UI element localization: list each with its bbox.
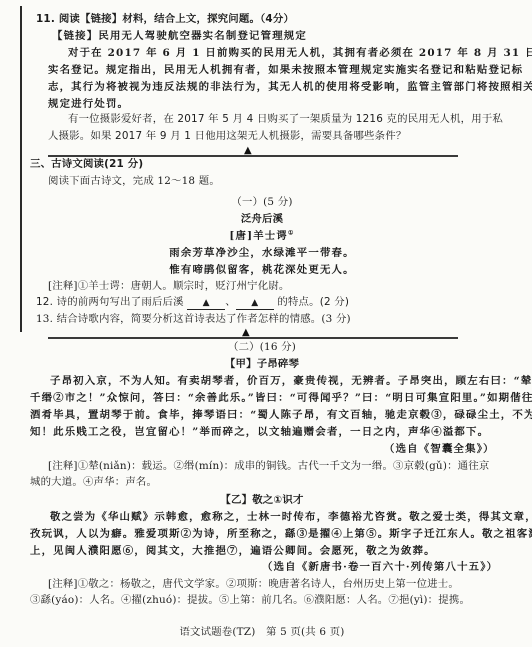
yi-line: 孜玩讽，人以为癖。雅爱项斯②为诗，所至称之，繇③是擢④上第⑤。斯字子迁江东人。敬… bbox=[30, 528, 532, 541]
footnote-mark: ① bbox=[288, 230, 295, 237]
jia-note: 城的大道。④声华：声名。 bbox=[30, 476, 157, 489]
answer-triangle-icon: ▲ bbox=[203, 298, 210, 308]
jia-line: 酒肴毕具，置胡琴于前。食毕，捧琴语曰：“蜀人陈子昂，有文百轴，驰走京毂③，碌碌尘… bbox=[30, 409, 532, 422]
yi-line: 敬之尝为《华山赋》示韩愈，愈称之，士林一时传布，李德裕尤咨赏。敬之爱士类，得其文… bbox=[50, 511, 532, 524]
answer-blank-1[interactable]: ▲ bbox=[187, 298, 225, 310]
exam-page: 11. 阅读【链接】材料，结合上文，探究问题。（4分） 【链接】民用无人驾驶航空… bbox=[0, 0, 532, 647]
yi-source: （选自《新唐书·卷一百六十·列传第八十五》） bbox=[262, 561, 498, 574]
q12-suffix: 的特点。(2 分) bbox=[277, 296, 349, 308]
poem-author: [唐]羊士谔① bbox=[0, 230, 528, 243]
jia-line: 子昂初入京，不为人知。有卖胡琴者，价百万，豪贵传视，无辨者。子昂突出，顾左右曰：… bbox=[50, 375, 532, 388]
section-intro: 阅读下面古诗文，完成 12～18 题。 bbox=[48, 175, 220, 188]
jia-line: 千缗②市之！”众惊问，答曰：“余善此乐。”皆曰：“可得闻乎？”曰：“明日可集宣阳… bbox=[30, 392, 532, 405]
q11-question: 有一位摄影爱好者，在 2017 年 5 月 4 日购买了一架质量为 1216 克… bbox=[68, 113, 503, 126]
poem-author-name: [唐]羊士谔 bbox=[229, 230, 288, 242]
q11-question: 人摄影。如果 2017 年 9 月 1 日他用这架无人机摄影，需要具备哪些条件？ bbox=[48, 130, 406, 143]
yi-note: ③繇(yáo)：人名。④擢(zhuó)：提拔。⑤上第：前几名。⑥濮阳愿：人名。⑦… bbox=[30, 594, 470, 607]
q12-prefix: 12. 诗的前两句写出了雨后后溪 bbox=[36, 296, 184, 308]
page-footer: 语文试题卷(TZ) 第 5 页(共 6 页) bbox=[0, 626, 528, 639]
jia-title: 【甲】子昂碎琴 bbox=[0, 358, 528, 371]
poem-line: 雨余芳草净沙尘，水绿滩平一带春。 bbox=[0, 247, 528, 260]
part2-header: （二）(16 分) bbox=[0, 341, 528, 354]
answer-triangle-icon: ▲ bbox=[251, 298, 258, 308]
part1-header: （一）(5 分) bbox=[0, 196, 528, 209]
yi-line: 上，见闽人濮阳愿⑥，阅其文，大推挹⑦，遍语公卿间。会愿死，敬之为敛葬。 bbox=[30, 545, 436, 558]
answer-blank-2[interactable]: ▲ bbox=[236, 298, 274, 310]
link-line: 规定进行处罚。 bbox=[48, 98, 129, 111]
link-line: 志，其行为将被视为违反法规的非法行为，其无人机的使用将受影响，监管主管部门将按照… bbox=[48, 81, 532, 94]
poem-note: [注释]①羊士谔：唐朝人。顺宗时，贬汀州宁化尉。 bbox=[48, 280, 290, 293]
jia-source: （选自《智囊全集》） bbox=[384, 443, 495, 456]
answer-line[interactable] bbox=[48, 337, 458, 339]
section-title: 三、古诗文阅读(21 分) bbox=[30, 158, 143, 171]
answer-line[interactable] bbox=[48, 155, 458, 157]
poem-title: 泛舟后溪 bbox=[0, 213, 528, 226]
link-title: 【链接】民用无人驾驶航空器实名制登记管理规定 bbox=[52, 30, 307, 43]
yi-title: 【乙】敬之①识才 bbox=[0, 494, 528, 507]
link-line: 对于在 2017 年 6 月 1 日前购买的民用无人机，其拥有者必须在 2017… bbox=[68, 47, 532, 60]
jia-line: 知！此乐贱工之役，岂宜留心！”举而碎之，以文轴遍赠会者，一日之内，声华④溢都下。 bbox=[30, 426, 489, 439]
poem-line: 惟有啼鹃似留客，桃花深处更无人。 bbox=[0, 264, 528, 277]
q12-separator: 、 bbox=[225, 296, 236, 308]
yi-note: [注释]①敬之：杨敬之，唐代文学家。②项斯：晚唐著名诗人，台州历史上第一位进士。 bbox=[48, 578, 459, 591]
margin-rule bbox=[20, 6, 22, 332]
q11-title: 11. 阅读【链接】材料，结合上文，探究问题。（4分） bbox=[36, 13, 294, 26]
q12: 12. 诗的前两句写出了雨后后溪 ▲、▲ 的特点。(2 分) bbox=[36, 296, 349, 310]
link-line: 实名登记。规定指出，民用无人机拥有者，如果未按照本管理规定实施实名登记和粘贴登记… bbox=[48, 64, 523, 77]
jia-note: [注释]①辇(niǎn)：载运。②缗(mín)：成串的铜钱。古代一千文为一缗。③… bbox=[48, 460, 489, 473]
q13: 13. 结合诗歌内容，简要分析这首诗表达了作者怎样的情感。(3 分) bbox=[36, 313, 351, 326]
